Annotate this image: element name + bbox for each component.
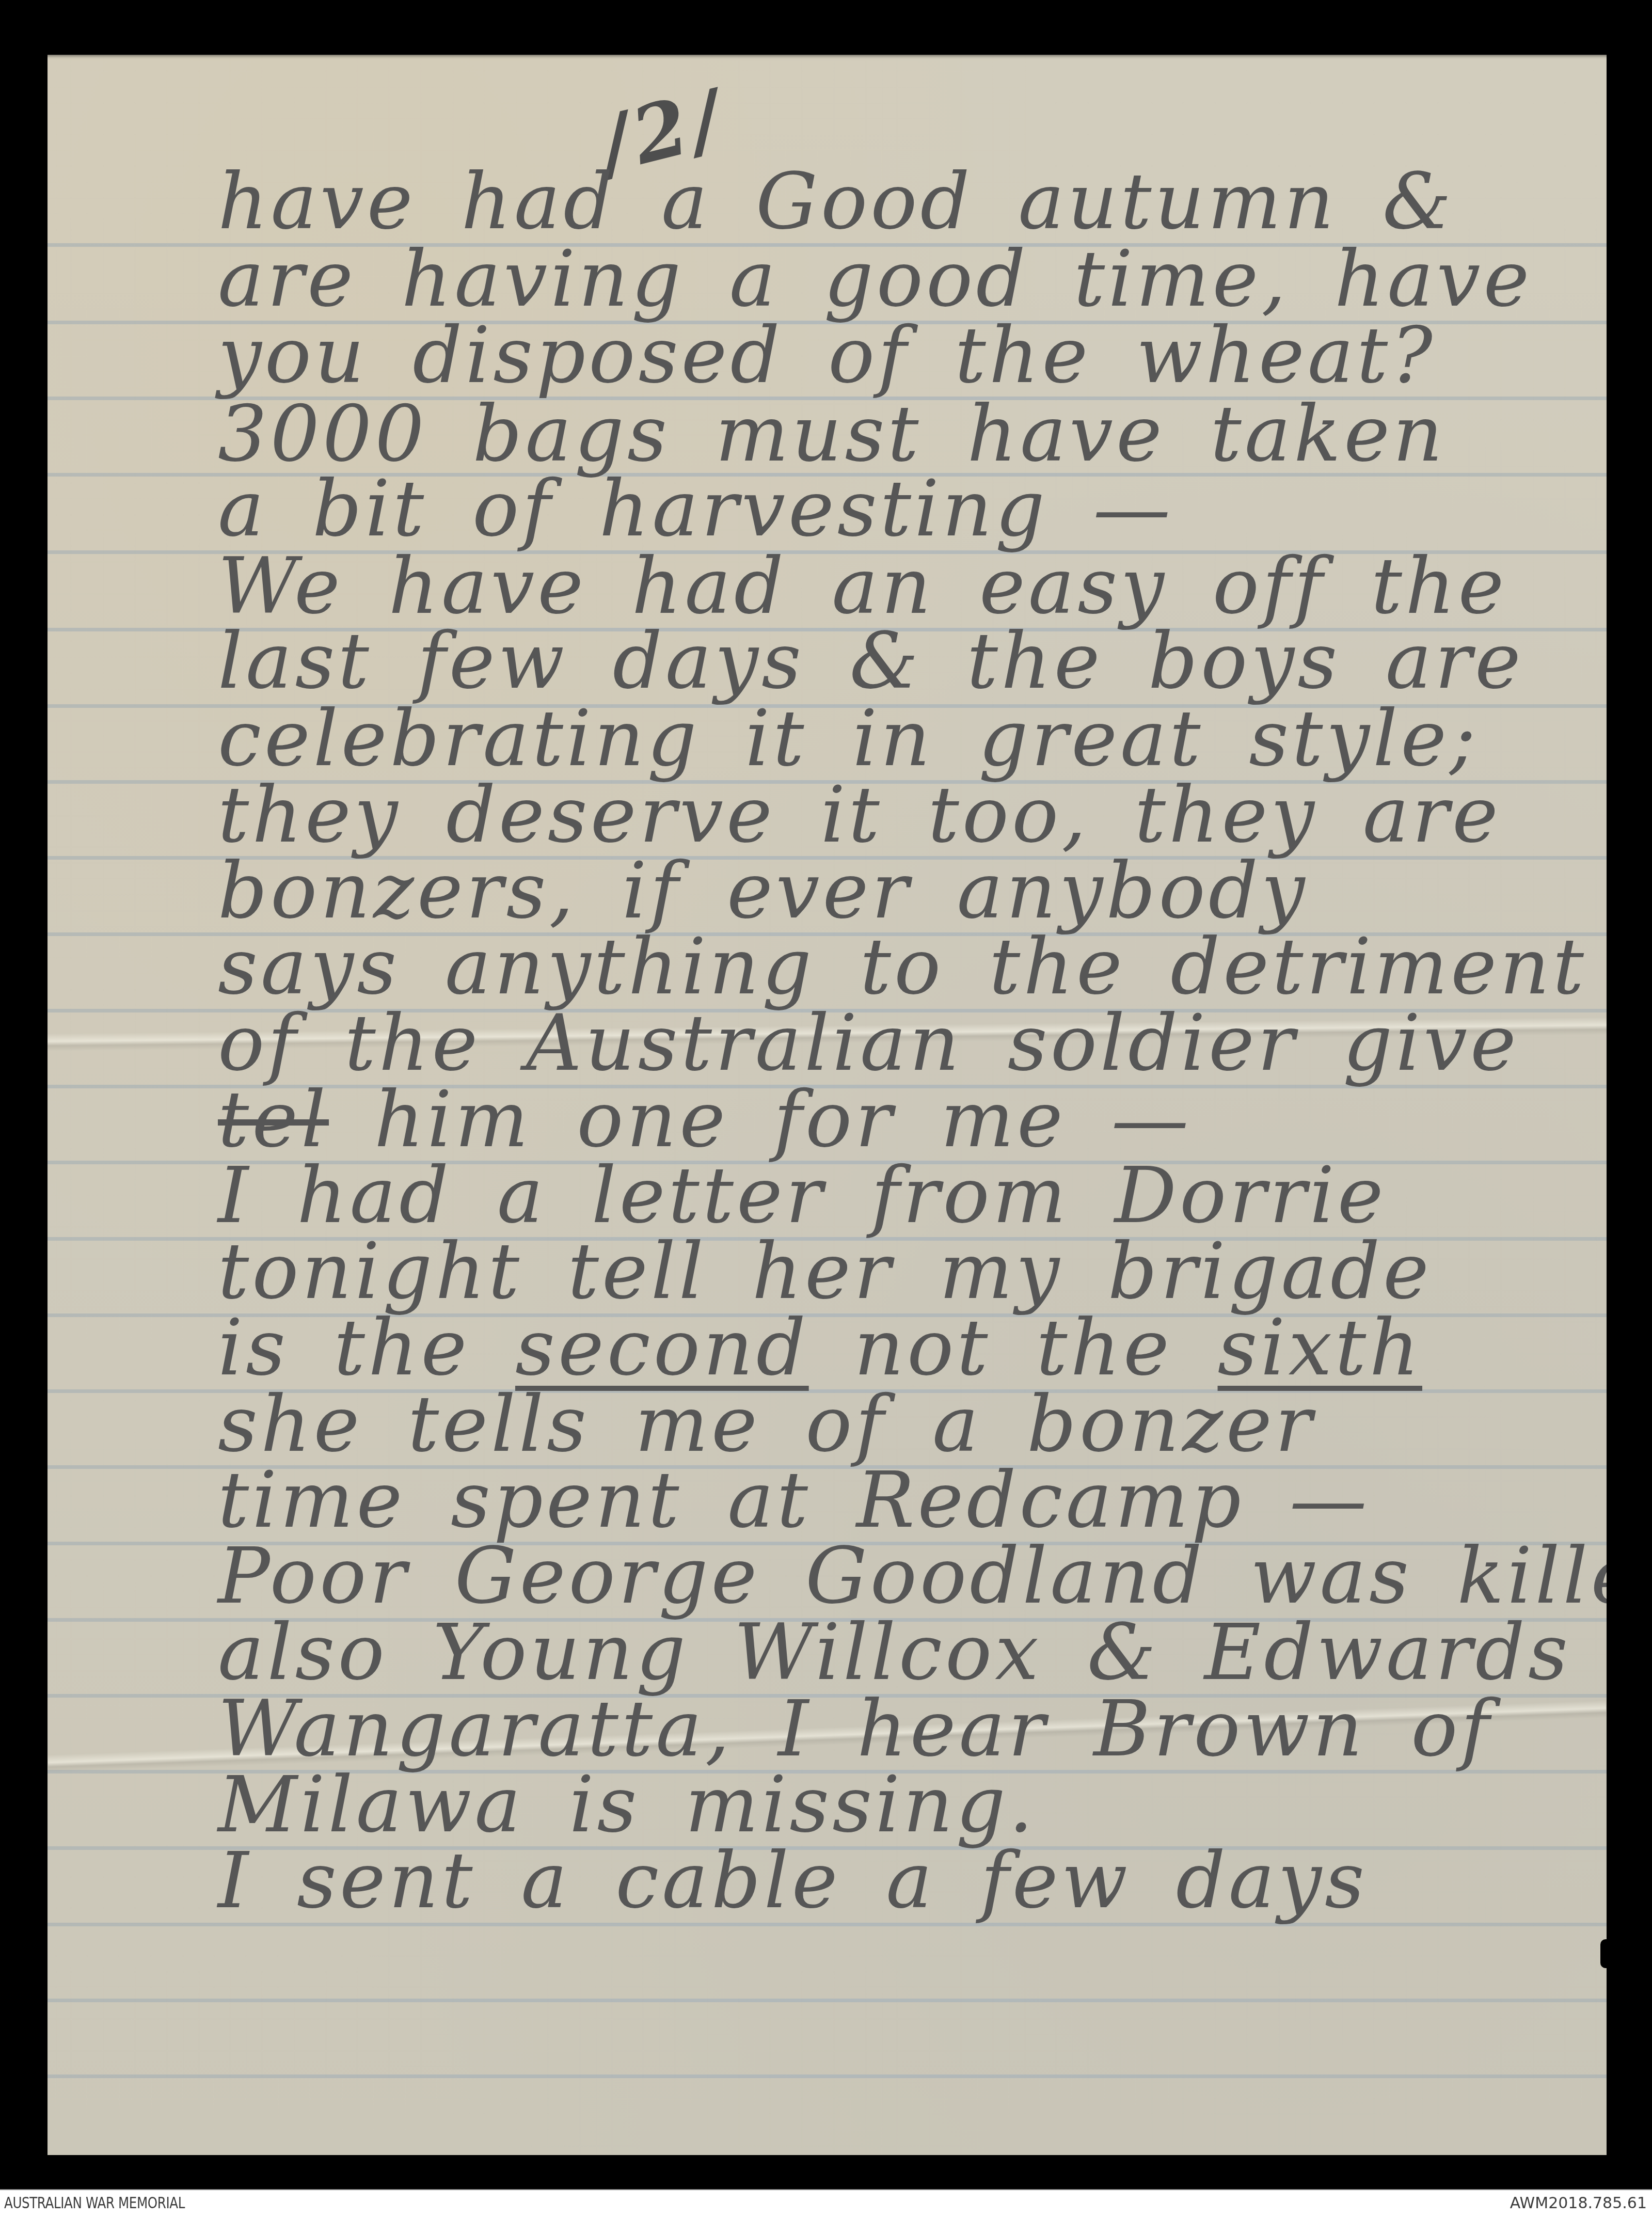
handwritten-line: celebrating it in great style; <box>218 700 1479 778</box>
ruled-line <box>47 1999 1607 2002</box>
handwritten-line: have had a Good autumn & <box>218 163 1454 241</box>
handwritten-line: 3000 bags must have taken <box>218 395 1446 473</box>
handwritten-line: Milawa is missing. <box>218 1766 1037 1844</box>
letter-page: /2/ have had a Good autumn & are having … <box>47 55 1607 2155</box>
handwritten-line: they deserve it too, they are <box>218 777 1501 854</box>
handwritten-line: is the second not the sixth <box>218 1309 1422 1387</box>
handwritten-line: I had a letter from Dorrie <box>218 1157 1386 1234</box>
handwritten-line: tonight tell her my brigade <box>218 1233 1432 1310</box>
handwritten-line: Wangaratta, I hear Brown of <box>218 1690 1492 1768</box>
footer-band <box>0 2189 1652 2217</box>
handwritten-line: says anything to the detriment <box>218 928 1587 1006</box>
ruled-line <box>47 2075 1607 2078</box>
handwritten-line: We have had an easy off the <box>218 548 1507 625</box>
handwritten-line: are having a good time, have <box>218 241 1532 318</box>
edge-tear <box>1600 1939 1607 1968</box>
handwritten-line: Poor George Goodland was killed <box>218 1538 1607 1615</box>
accession-number: AWM2018.785.61 <box>1510 2194 1647 2212</box>
handwritten-line: I sent a cable a few days <box>218 1842 1368 1920</box>
handwritten-line: a bit of harvesting — <box>218 470 1173 548</box>
handwritten-line: tel him one for me — <box>218 1081 1192 1159</box>
handwritten-line: of the Australian soldier give <box>218 1005 1519 1082</box>
handwritten-line: time spent at Redcamp — <box>218 1462 1370 1539</box>
handwritten-line: last few days & the boys are <box>218 623 1524 700</box>
handwritten-line: you disposed of the wheat? <box>218 317 1436 394</box>
handwritten-line: bonzers, if ever anybody <box>218 852 1308 930</box>
institution-caption: AUSTRALIAN WAR MEMORIAL <box>4 2194 185 2212</box>
handwritten-line: also Young Willcox & Edwards of <box>218 1614 1607 1691</box>
handwritten-line: she tells me of a bonzer <box>218 1386 1315 1463</box>
